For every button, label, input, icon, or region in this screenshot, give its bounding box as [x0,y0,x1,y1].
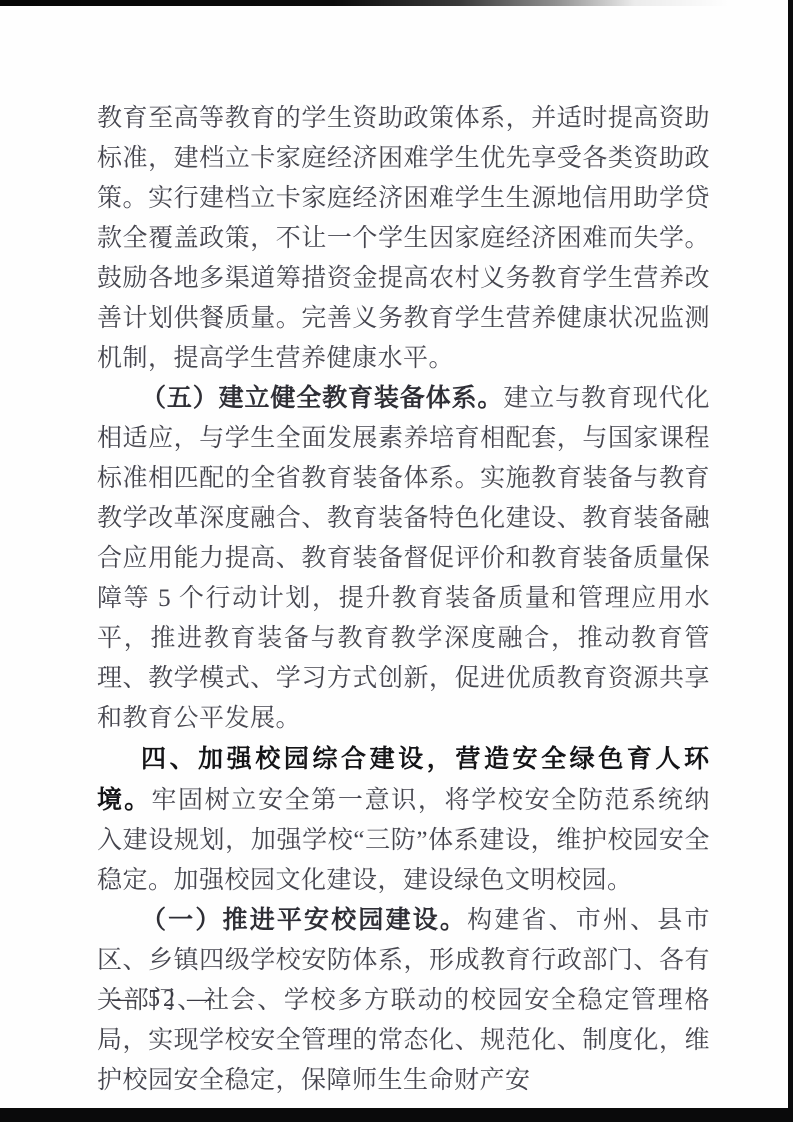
document-body: 教育至高等教育的学生资助政策体系，并适时提高资助标准，建档立卡家庭经济困难学生优… [97,99,710,1101]
document-paragraph: 教育至高等教育的学生资助政策体系，并适时提高资助标准，建档立卡家庭经济困难学生优… [97,99,710,379]
scan-edge-top [0,0,793,6]
document-paragraph: （五）建立健全教育装备体系。建立与教育现代化相适应，与学生全面发展素养培育相配套… [97,379,710,739]
paragraph-text: 建立与教育现代化相适应，与学生全面发展素养培育相配套，与国家课程标准相匹配的全省… [97,385,710,732]
section-heading-lead: （一）推进平安校园建设。 [141,907,467,934]
page-footer: — 52 — [112,986,214,1013]
paragraph-text: 牢固树立安全第一意识，将学校安全防范系统纳入建设规划，加强学校“三防”体系建设，… [97,787,710,894]
scan-edge-bottom [0,1108,793,1122]
section-heading-lead: （五）建立健全教育装备体系。 [141,385,503,412]
page-number: — 52 — [112,986,214,1012]
paragraph-text: 教育至高等教育的学生资助政策体系，并适时提高资助标准，建档立卡家庭经济困难学生优… [97,105,710,372]
scan-edge-right [788,0,793,1122]
document-paragraph: 四、加强校园综合建设，营造安全绿色育人环境。牢固树立安全第一意识，将学校安全防范… [97,739,710,901]
document-page: 教育至高等教育的学生资助政策体系，并适时提高资助标准，建档立卡家庭经济困难学生优… [0,0,793,1122]
